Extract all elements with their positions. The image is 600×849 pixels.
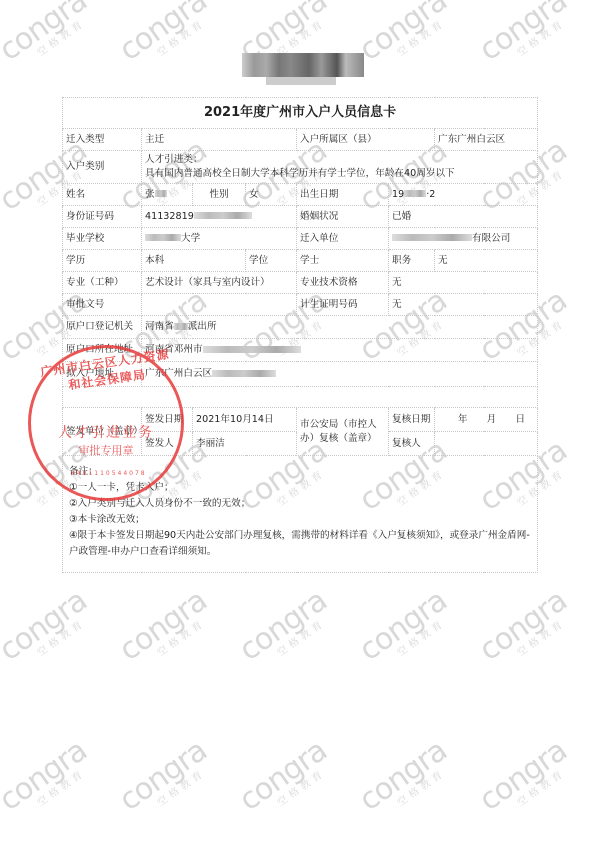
seal-code: 4401110544078 — [71, 470, 147, 477]
blurred-header-image — [242, 53, 364, 77]
birth-suffix: 2 — [429, 189, 435, 200]
value-issue-date: 2021年10月14日 — [193, 408, 297, 432]
seal-arc-text: 广州市白云区人力资源和社会保障局 — [39, 345, 172, 397]
value-reviewer — [435, 432, 538, 456]
value-orig-addr: 河南省邓州市 — [142, 339, 538, 362]
value-review-date: 年 月 日 — [435, 408, 538, 432]
seal-sub-text: 审批专用章 — [31, 442, 181, 458]
label-district: 入户所属区（县） — [297, 129, 435, 151]
value-move-type: 主迁 — [142, 129, 297, 151]
value-gender: 女 — [246, 184, 297, 206]
watermark-logo: congra空格教育 — [355, 0, 459, 76]
label-major: 专业（工种） — [63, 272, 142, 294]
category-line2: 具有国内普通高校全日制大学本科学历并有学士学位，年龄在40周岁以下 — [145, 167, 534, 181]
value-district: 广东广州白云区 — [435, 129, 538, 151]
id-prefix: 41132819 — [145, 211, 194, 222]
watermark-logo: congra空格教育 — [0, 736, 99, 826]
birth-prefix: 19 — [392, 189, 404, 200]
note-item: ②入户类别与迁入人员身份不一致的无效； — [69, 496, 531, 512]
value-orig-reg: 河南省派出所 — [142, 316, 538, 339]
redaction — [155, 190, 167, 197]
value-fp: 无 — [389, 294, 538, 316]
label-fp: 计生证明号码 — [297, 294, 389, 316]
value-school: 大学 — [142, 228, 297, 250]
value-approval — [142, 294, 297, 316]
watermark-logo: congra空格教育 — [475, 736, 579, 826]
label-name: 姓名 — [63, 184, 142, 206]
value-edu: 本科 — [142, 250, 246, 272]
watermark-logo: congra空格教育 — [115, 586, 219, 676]
value-post: 无 — [435, 250, 538, 272]
household-info-card: 2021年度广州市入户人员信息卡 迁入类型 主迁 入户所属区（县） 广东广州白云… — [62, 97, 537, 582]
value-name: 张 — [142, 184, 193, 206]
watermark-logo: congra空格教育 — [115, 0, 219, 76]
label-move-type: 迁入类型 — [63, 129, 142, 151]
label-marital: 婚姻状况 — [297, 206, 389, 228]
label-qual: 专业技术资格 — [297, 272, 389, 294]
label-police-review: 市公安局（市控人办）复核（盖章） — [297, 408, 389, 456]
watermark-logo: congra空格教育 — [355, 736, 459, 826]
label-approval: 审批文号 — [63, 294, 142, 316]
note-item: ④限于本卡签发日期起90天内赴公安部门办理复核，需携带的材料详看《入户复核须知》… — [69, 528, 531, 560]
label-review-date: 复核日期 — [389, 408, 435, 432]
label-degree: 学位 — [246, 250, 297, 272]
category-line1: 人才引进类： — [145, 153, 534, 167]
redaction — [174, 323, 188, 330]
school-suffix: 大学 — [181, 233, 200, 244]
label-school: 毕业学校 — [63, 228, 142, 250]
seal-center-text: 人才引进业务 — [31, 422, 181, 442]
label-id: 身份证号码 — [63, 206, 142, 228]
info-table: 2021年度广州市入户人员信息卡 迁入类型 主迁 入户所属区（县） 广东广州白云… — [62, 97, 538, 573]
label-birth: 出生日期 — [297, 184, 389, 206]
label-reviewer: 复核人 — [389, 432, 435, 456]
redaction — [145, 234, 181, 241]
label-post: 职务 — [389, 250, 435, 272]
label-category: 入户类别 — [63, 151, 142, 184]
value-employer: 有限公司 — [389, 228, 538, 250]
value-qual: 无 — [389, 272, 538, 294]
redaction — [404, 190, 426, 197]
watermark-logo: congra空格教育 — [0, 586, 99, 676]
value-degree: 学士 — [297, 250, 389, 272]
value-signer: 李丽洁 — [193, 432, 297, 456]
watermark-logo: congra空格教育 — [235, 586, 339, 676]
redaction — [212, 370, 276, 377]
card-title: 2021年度广州市入户人员信息卡 — [63, 98, 538, 129]
value-marital: 已婚 — [389, 206, 538, 228]
label-orig-reg: 原户口登记机关 — [63, 316, 142, 339]
watermark-logo: congra空格教育 — [235, 736, 339, 826]
watermark-logo: congra空格教育 — [475, 0, 579, 76]
redaction — [392, 234, 472, 241]
name-text: 张 — [145, 189, 155, 200]
watermark-logo: congra空格教育 — [0, 0, 99, 76]
blurred-header-subtext — [266, 77, 336, 85]
watermark-logo: congra空格教育 — [115, 736, 219, 826]
label-employer: 迁入单位 — [297, 228, 389, 250]
redaction — [194, 212, 252, 219]
employer-suffix: 有限公司 — [472, 233, 510, 244]
label-gender: 性别 — [193, 184, 246, 206]
value-new-addr: 广东广州白云区 — [142, 362, 538, 387]
watermark-logo: congra空格教育 — [355, 586, 459, 676]
official-seal: 广州市白云区人力资源和社会保障局 人才引进业务 审批专用章 4401110544… — [28, 345, 184, 501]
orig-reg-suffix: 派出所 — [188, 321, 217, 332]
label-edu: 学历 — [63, 250, 142, 272]
watermark-logo: congra空格教育 — [475, 586, 579, 676]
redaction — [203, 346, 301, 353]
note-item: ③本卡涂改无效； — [69, 512, 531, 528]
value-major: 艺术设计（家具与室内设计） — [142, 272, 297, 294]
value-id: 41132819 — [142, 206, 297, 228]
orig-reg-prefix: 河南省 — [145, 321, 174, 332]
value-category: 人才引进类： 具有国内普通高校全日制大学本科学历并有学士学位，年龄在40周岁以下 — [142, 151, 538, 184]
value-birth: 19·2 — [389, 184, 538, 206]
